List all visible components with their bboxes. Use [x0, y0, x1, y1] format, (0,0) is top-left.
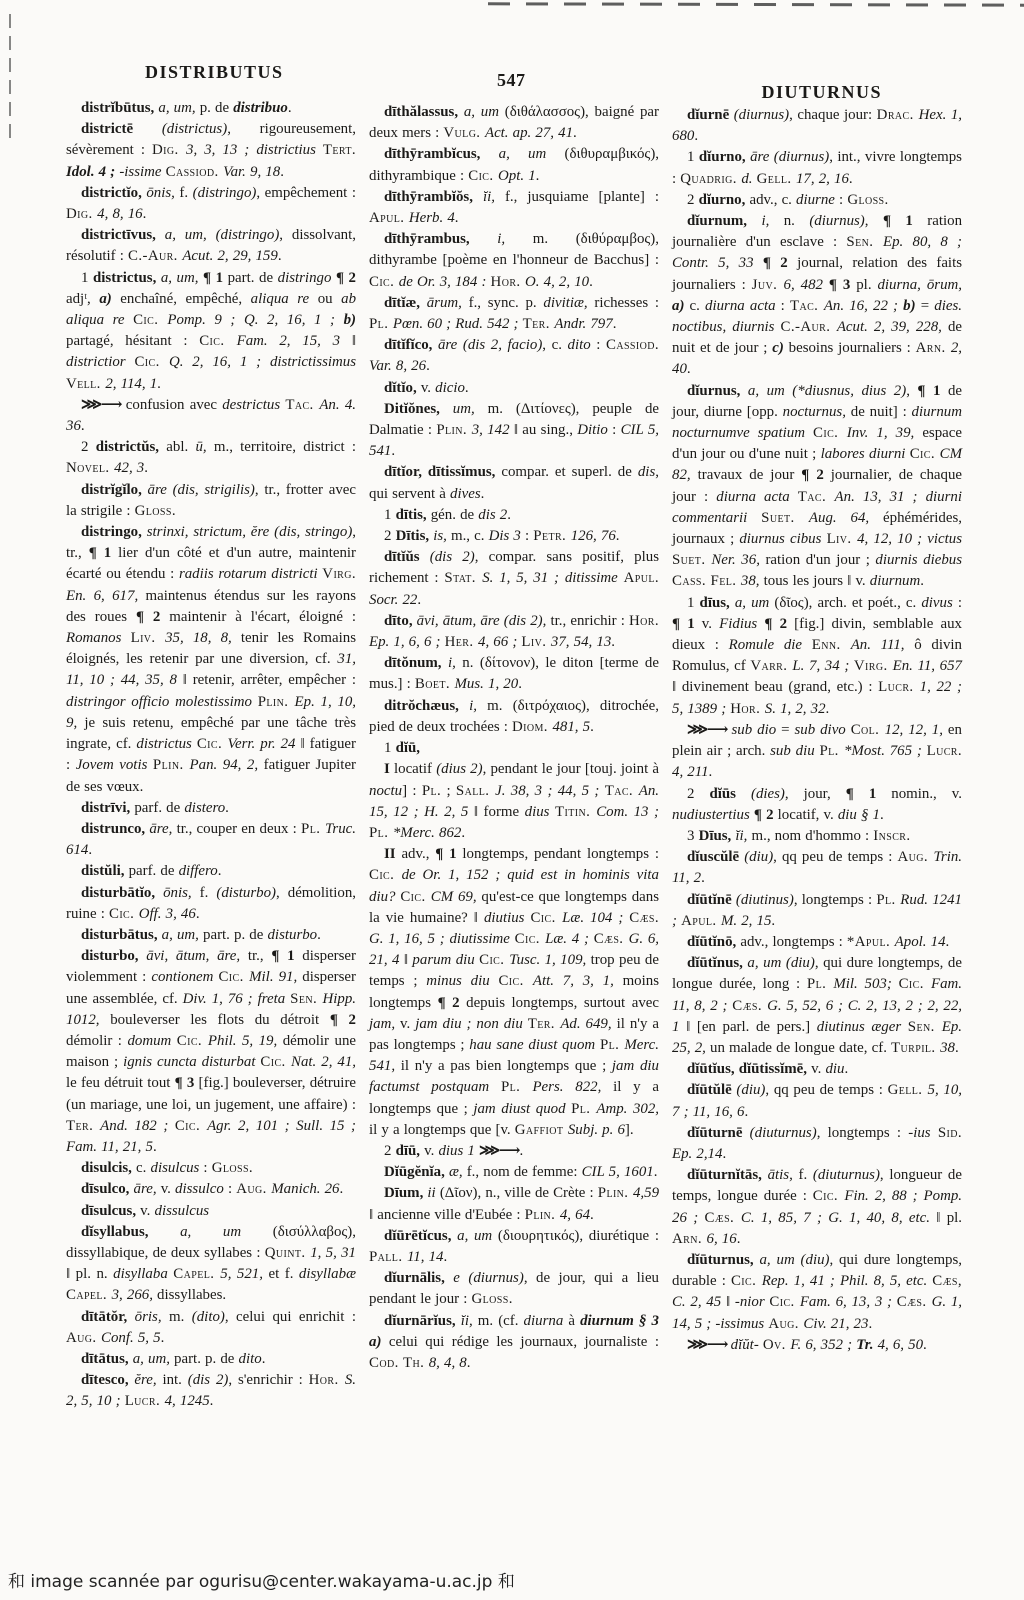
entry-text: -ius — [908, 1125, 938, 1141]
entry-text: diurnum — [870, 573, 920, 589]
entry-text: v. — [811, 1061, 825, 1077]
entry-text: Tusc. 1, 109, — [509, 952, 586, 968]
entry-text: nocturnus, — [783, 404, 846, 420]
entry-text: Ep. 2,14 — [672, 1146, 722, 1162]
entry-text: O. 4, 2, 10 — [525, 274, 589, 290]
entry-text: partagé, hésitant : — [66, 333, 199, 349]
entry-text: Var. 9, 18 — [223, 164, 280, 180]
entry-text: ¶ 1 — [883, 213, 927, 229]
entry-text: ōnis, — [146, 185, 175, 201]
entry-text: dītesco, — [81, 1372, 134, 1388]
entry-text: Cæs. — [594, 931, 629, 947]
entry-text: Cæs, — [932, 1273, 962, 1289]
entry-text: (diutinus) — [736, 892, 794, 908]
dictionary-entry: Dĭūgĕnĭa, æ, f., nom de femme: CIL 5, 16… — [369, 1162, 659, 1183]
entry-text: richesses : — [588, 295, 659, 311]
entry-text: Inv. 1, 39, — [847, 425, 915, 441]
entry-text: Læ. 4 ; — [545, 931, 589, 947]
dictionary-entry: 1 dĭū, — [369, 738, 659, 759]
entry-text: a, um (*diusnus, dius 2) — [748, 383, 906, 399]
entry-text: Ad. 649, — [560, 1016, 611, 1032]
entry-text: . — [157, 376, 161, 392]
dictionary-entry: 1 dĭurno, āre (diurnus), int., vivre lon… — [672, 147, 962, 189]
entry-text: 2 — [384, 528, 396, 544]
entry-text: . — [923, 1337, 927, 1353]
entry-text: Ter. — [528, 1016, 561, 1032]
entry-text: 38, — [741, 573, 760, 589]
entry-text: (diurnus) — [809, 213, 864, 229]
entry-text: Jovem votis — [76, 757, 153, 773]
entry-text: Apul. — [624, 570, 659, 586]
entry-text: Cic. — [199, 333, 236, 349]
entry-text: Pl. — [819, 743, 844, 759]
entry-text: Mus. 1, 20 — [455, 676, 519, 692]
dictionary-entry: I locatif (dius 2), pendant le jour [tou… — [369, 759, 659, 844]
dictionary-entry: ⋙⟶ confusion avec destrictus Tac. An. 4.… — [66, 395, 356, 437]
dictionary-entry: dĭūtĭnō, adv., longtemps : *Apul. Apol. … — [672, 932, 962, 953]
entry-text: Pl. — [369, 316, 393, 332]
entry-text: ‖ — [340, 333, 356, 349]
entry-text: diutissime — [449, 931, 514, 947]
entry-text: 1 — [384, 507, 396, 523]
entry-text: Quadrig. — [680, 171, 741, 187]
entry-text: ¶ 2 — [763, 255, 797, 271]
entry-text: Hor. — [730, 701, 765, 717]
scan-credit-footer: 和 image scannée par ogurisu@center.wakay… — [8, 1567, 515, 1592]
dictionary-column-2: dīthălassus, a, um (διθάλασσος), baigné … — [369, 98, 659, 1413]
entry-text: disturbo, — [81, 948, 146, 964]
dictionary-entry: dĭsyllabus, a, um (δισύλλαβος), dissylla… — [66, 1222, 356, 1307]
dictionary-entry: dīthălassus, a, um (διθάλασσος), baigné … — [369, 102, 659, 144]
entry-text: . — [849, 171, 853, 187]
entry-text: Boet. — [415, 676, 455, 692]
entry-text: An. 16, 22 ; — [824, 298, 898, 314]
entry-text: a, um, — [133, 1351, 170, 1367]
entry-text: d. — [741, 171, 756, 187]
dictionary-entry: dīsulco, āre, v. dissulco : Aug. Manich.… — [66, 1179, 356, 1200]
entry-text: ¶ 1 — [203, 270, 228, 286]
entry-text: Arn. — [916, 340, 951, 356]
entry-text: Cic. — [177, 1033, 208, 1049]
entry-text: c. — [684, 298, 705, 314]
entry-text: districtus, — [93, 270, 161, 286]
dictionary-entry: disturbātus, a, um, part. p. de disturbo… — [66, 925, 356, 946]
entry-text: Amp. 302, — [596, 1101, 659, 1117]
entry-text: diutinus æger — [817, 1019, 908, 1035]
entry-text: . — [467, 1355, 471, 1371]
entry-text: dĭūs — [709, 786, 751, 802]
dictionary-entry: distrīvi, parf. de distero. — [66, 798, 356, 819]
entry-text: ¶ 1 — [672, 616, 702, 632]
dictionary-entry: dĭūtŭlē (diu), qq peu de temps : Gell. 5… — [672, 1080, 962, 1122]
entry-text: n. — [769, 213, 809, 229]
entry-text: distrīvi, — [81, 800, 134, 816]
entry-text: . — [701, 870, 705, 886]
entry-text: Dig. — [66, 206, 97, 222]
entry-text: dĭū, — [396, 740, 420, 756]
entry-text: part. p. de — [199, 927, 268, 943]
entry-text: dito — [568, 337, 591, 353]
entry-text: a, um, — [161, 270, 203, 286]
entry-text: ĕre, — [134, 1372, 156, 1388]
entry-text: 4,59 — [633, 1185, 659, 1201]
entry-text: ration d'un jour ; — [760, 552, 875, 568]
dictionary-entry: districtē (districtus), rigoureusement, … — [66, 119, 356, 183]
entry-text: Gloss. — [472, 1291, 513, 1307]
entry-text: part. de — [228, 270, 278, 286]
entry-text: districtē — [81, 121, 162, 137]
entry-text: f. — [175, 185, 193, 201]
dictionary-entry: disulcis, c. disulcus : Gloss. — [66, 1158, 356, 1179]
dictionary-entry: II adv., ¶ 1 longtemps, pendant longtemp… — [369, 844, 659, 1141]
entry-text: ‖ forme — [468, 804, 524, 820]
entry-text: , qq peu de temps : — [765, 1082, 887, 1098]
entry-text: divitiæ, — [543, 295, 587, 311]
entry-text: dĭuscŭlē — [687, 849, 744, 865]
entry-text: *Most. 765 ; — [844, 743, 922, 759]
dictionary-entry: dīthȳrambĭŏs, ĭi, f., jusquiame [plante]… — [369, 187, 659, 229]
entry-text: contionem — [151, 969, 218, 985]
entry-text: Opt. 1 — [498, 168, 536, 184]
entry-text: 6, 16 — [707, 1231, 737, 1247]
entry-text: : — [591, 337, 606, 353]
entry-text: Cæs. — [897, 1294, 932, 1310]
entry-text: diutius — [484, 910, 531, 926]
entry-text: Apol. 14 — [895, 934, 946, 950]
entry-text: . — [536, 168, 540, 184]
entry-text: ¶ 2 — [330, 1012, 356, 1028]
entry-text: dītis, — [396, 507, 431, 523]
entry-text: diurna acta — [705, 298, 776, 314]
entry-text: dius 1 — [438, 1143, 474, 1159]
entry-text: dĭūtĭnē — [687, 892, 736, 908]
entry-text: f., nom de femme: — [463, 1164, 582, 1180]
entry-text: Varr. — [750, 658, 792, 674]
entry-text: dĭurnus, — [687, 383, 748, 399]
entry-text: parf. de — [134, 800, 184, 816]
entry-text: (disturbo) — [216, 885, 276, 901]
entry-text: Cic. — [197, 736, 228, 752]
entry-text: diu — [825, 1061, 844, 1077]
entry-text: Aug. — [236, 1181, 271, 1197]
entry-text: 4, 8, 16 — [97, 206, 142, 222]
entry-text: dīthȳrambĭcus, — [384, 146, 499, 162]
entry-text: 4, 12, 10 ; — [857, 531, 922, 547]
page-number: 547 — [497, 70, 526, 91]
entry-text: . — [81, 418, 85, 434]
entry-text: dĭurno, — [699, 192, 750, 208]
entry-text: 1 — [81, 270, 93, 286]
entry-text: ‖ — [399, 952, 412, 968]
entry-text: (dis 2) — [188, 1372, 229, 1388]
entry-text: CIL 5, 1601 — [582, 1164, 654, 1180]
dictionary-entry: dĭūturnus, a, um (diu), qui dure longtem… — [672, 1250, 962, 1335]
entry-text: Pan. 94, 2, — [190, 757, 259, 773]
entry-text: (districtus) — [162, 121, 227, 137]
entry-text: Lucr. — [927, 743, 962, 759]
entry-text: . — [520, 1143, 524, 1159]
entry-text: dĭūrētĭcus, — [384, 1228, 457, 1244]
entry-text: ‖ ancienne ville d'Eubée : — [369, 1207, 525, 1223]
entry-text: ‖ — [721, 1294, 735, 1310]
entry-text: And. 182 ; — [100, 1118, 168, 1134]
entry-text: Gloss. — [847, 192, 888, 208]
dictionary-entry: 3 Dīus, ĭi, m., nom d'hommo : Inscr. — [672, 826, 962, 847]
entry-text: distrĭbūtus, — [81, 100, 158, 116]
entry-text: strinxi, strictum, ĕre (dis, stringo) — [147, 524, 353, 540]
entry-text: : — [199, 1160, 211, 1176]
entry-text: minus diu — [426, 973, 498, 989]
entry-text: An. 111, — [851, 637, 905, 653]
entry-text: a, um (diu) — [759, 1252, 829, 1268]
entry-text: Fam. 2, 15, 3 — [237, 333, 340, 349]
entry-text: . — [461, 825, 465, 841]
entry-text: . — [709, 764, 713, 780]
entry-text: Acut. 2, 39, 228, — [837, 319, 942, 335]
entry-text: ōris, — [135, 1309, 162, 1325]
entry-text: distrĭgĭlo, — [81, 482, 148, 498]
entry-text: *Apul. — [847, 934, 895, 950]
entry-text: Her. — [445, 634, 478, 650]
entry-text: int. — [157, 1372, 188, 1388]
entry-text: domum — [127, 1033, 176, 1049]
entry-text: 37, 54, 13 — [551, 634, 611, 650]
entry-text: dītŏnum, — [384, 655, 448, 671]
entry-text: 4, 6, 50 — [878, 1337, 923, 1353]
entry-text: . — [465, 380, 469, 396]
entry-text: Pall. — [369, 1249, 407, 1265]
entry-text: a, um — [457, 1228, 492, 1244]
entry-text: destrictus — [222, 397, 285, 413]
entry-text: dĭŭt- — [731, 1337, 763, 1353]
entry-text: Apul. — [681, 913, 721, 929]
dictionary-entry: dĭuscŭlē (diu), qq peu de temps : Aug. T… — [672, 847, 962, 889]
entry-text: Suet. — [672, 552, 711, 568]
entry-text: il y a longtemps que [v. — [369, 1122, 515, 1138]
entry-text: dītĭŭs — [384, 549, 430, 565]
entry-text: Liv. — [521, 634, 551, 650]
entry-text: 8, 4, 8 — [429, 1355, 467, 1371]
entry-text: 38 — [940, 1040, 955, 1056]
remark-arrow-icon: ⋙⟶ — [687, 722, 731, 738]
entry-text: dives — [450, 486, 481, 502]
entry-text: confusion avec — [126, 397, 222, 413]
entry-text: b) — [903, 298, 915, 314]
entry-text: Com. 13 ; — [596, 804, 659, 820]
entry-text: ¶ 2 — [438, 995, 467, 1011]
entry-text: m., territoire, district : — [207, 439, 356, 455]
entry-text: . — [722, 1146, 726, 1162]
entry-text: ii — [427, 1185, 435, 1201]
entry-text: ĭi, — [461, 1313, 473, 1329]
entry-text: ¶ 1 — [89, 545, 118, 561]
entry-text: Pl. — [422, 783, 441, 799]
entry-text: dītĭæ, — [384, 295, 427, 311]
entry-text: Arn. — [672, 1231, 707, 1247]
entry-text: , c. — [542, 337, 567, 353]
dictionary-entry: distrunco, āre, tr., couper en deux : Pl… — [66, 819, 356, 861]
entry-text: Conf. 5, 5 — [101, 1330, 161, 1346]
entry-text: Pl. — [501, 1079, 533, 1095]
entry-text: diurna — [524, 1313, 564, 1329]
entry-text: depuis longtemps, surtout avec — [466, 995, 659, 1011]
entry-text: . — [144, 460, 148, 476]
entry-text: a, um (diu) — [747, 955, 814, 971]
entry-text: Pl. — [600, 1037, 624, 1053]
entry-text: = — [916, 298, 935, 314]
entry-text: bouleverser les flots du détroit — [100, 1012, 330, 1028]
dictionary-entry: dĭūtĭnē (diutinus), longtemps : Pl. Rud.… — [672, 890, 962, 932]
entry-text: Cic. — [175, 1118, 207, 1134]
entry-text: Cic. — [769, 1294, 799, 1310]
entry-text: démolir : — [66, 1033, 127, 1049]
entry-text: , s'enrichir : — [228, 1372, 308, 1388]
entry-text: Cic. — [813, 1188, 845, 1204]
entry-text: Cic. — [133, 312, 167, 328]
entry-text: , empêchement : — [256, 185, 356, 201]
entry-text: dĭūturnus, — [687, 1252, 759, 1268]
dictionary-entry: dĭurnārĭus, ĭi, m. (cf. diurna à diurnum… — [369, 1311, 659, 1375]
entry-text: freta — [258, 991, 291, 1007]
entry-text: ārum, — [427, 295, 462, 311]
dictionary-entry: 2 dĭūs (dies), jour, ¶ 1 nomin., v. nudi… — [672, 784, 962, 826]
entry-text: M. 2, 15 — [721, 913, 771, 929]
entry-text: Cic. — [731, 1273, 762, 1289]
entry-text: Gell. — [757, 171, 796, 187]
entry-text: 3, 3, 13 ; — [186, 142, 249, 158]
entry-text: Inscr. — [873, 828, 910, 844]
entry-text: part. p. de — [170, 1351, 239, 1367]
entry-text: nudiustertius — [672, 807, 754, 823]
entry-text: Titin. — [555, 804, 596, 820]
entry-text: m., c. — [447, 528, 489, 544]
entry-text: adjᵗ, — [66, 291, 99, 307]
entry-text: . — [920, 573, 924, 589]
entry-text: disturbo — [267, 927, 317, 943]
entry-text: *Merc. 862 — [393, 825, 462, 841]
entry-text: p. de — [200, 100, 233, 116]
entry-text: ¶ 1 — [435, 846, 462, 862]
entry-text: disyllabæ — [299, 1266, 356, 1282]
entry-text: Cic. — [910, 446, 940, 462]
entry-text: (dies) — [751, 786, 785, 802]
entry-text: (διουρητικός), diurétique : — [492, 1228, 659, 1244]
dictionary-entry: dĭūtĭnus, a, um (diu), qui dure longtemp… — [672, 953, 962, 1059]
entry-text: i, — [469, 698, 477, 714]
entry-text: v. — [157, 1181, 175, 1197]
entry-text: distero — [184, 800, 225, 816]
entry-text: (diurnus) — [734, 107, 789, 123]
entry-text: disulcus — [151, 1160, 200, 1176]
page-header: DISTRIBUTUS 547 DIUTURNUS — [0, 0, 1024, 100]
entry-text: diurnis diebus — [875, 552, 962, 568]
entry-text: 4, 66 ; — [478, 634, 517, 650]
entry-text: v. — [421, 380, 435, 396]
entry-text: distringo, — [81, 524, 147, 540]
entry-text: dīthȳrambus, — [384, 231, 497, 247]
entry-text: et f. — [263, 1266, 299, 1282]
entry-text: diurnus cibus — [739, 531, 826, 547]
entry-text: Ter. — [66, 1118, 100, 1134]
entry-text: , qq peu de temps : — [773, 849, 897, 865]
entry-text: II — [384, 846, 401, 862]
entry-text: Aug. — [768, 1316, 803, 1332]
entry-text: Dig. — [152, 142, 186, 158]
entry-text: āre (dis 2, facio) — [438, 337, 542, 353]
entry-text: adv., longtemps : — [740, 934, 847, 950]
entry-text: ¶ 2 — [801, 467, 830, 483]
entry-text: Cic. — [479, 952, 509, 968]
entry-text: Tac. — [605, 783, 639, 799]
entry-text: ] : — [402, 783, 422, 799]
entry-text: . — [210, 1393, 214, 1409]
entry-text: . — [654, 1164, 658, 1180]
entry-text: . — [518, 676, 522, 692]
entry-text: abl. — [166, 439, 195, 455]
entry-text: S. 1, 2, 32 — [765, 701, 826, 717]
entry-text: Ter. — [523, 316, 555, 332]
entry-text: Dīum, — [384, 1185, 427, 1201]
entry-text: a, um — [735, 595, 769, 611]
entry-text: distŭli, — [81, 863, 129, 879]
entry-text: districtior — [66, 354, 134, 370]
entry-text: S. 1, 5, 31 ; — [482, 570, 559, 586]
entry-text: Enn. — [812, 637, 851, 653]
entry-text: -issime — [119, 164, 165, 180]
entry-text: tous les jours ‖ v. — [760, 573, 870, 589]
entry-text: Pl. — [876, 892, 900, 908]
entry-text: Dīus, — [699, 828, 736, 844]
entry-text: Dis 3 — [489, 528, 521, 544]
entry-text: L. 7, 34 ; — [792, 658, 849, 674]
entry-text: . — [590, 719, 594, 735]
entry-text: dĭtĭo, — [384, 380, 421, 396]
dictionary-column-1: distrĭbūtus, a, um, p. de distribuo.dist… — [66, 98, 356, 1413]
entry-text: Tac. — [790, 298, 824, 314]
entry-text: āre (dis, strigilis) — [148, 482, 255, 498]
entry-text: Dĭūgĕnĭa, — [384, 1164, 449, 1180]
entry-text: . — [426, 358, 430, 374]
entry-text: a) — [672, 298, 684, 314]
entry-text: : — [608, 422, 621, 438]
entry-text: , pendant le jour [touj. joint à — [483, 761, 659, 777]
entry-text: . — [481, 486, 485, 502]
entry-text: Pl. — [571, 1101, 596, 1117]
entry-text: a, um, — [158, 100, 199, 116]
entry-text: v. — [395, 1016, 415, 1032]
entry-text: sub diu — [770, 743, 819, 759]
entry-text: 2 — [81, 439, 96, 455]
entry-text: Cic. — [369, 274, 399, 290]
entry-text: Liv. — [131, 630, 166, 646]
entry-text: dis — [638, 464, 655, 480]
entry-text: 17, 2, 16 — [796, 171, 849, 187]
entry-text: diu § 1 — [838, 807, 880, 823]
entry-text: Virg. — [322, 566, 356, 582]
entry-text: Pl. — [369, 825, 393, 841]
entry-text: Cic. — [218, 969, 249, 985]
entry-text: locatif — [394, 761, 436, 777]
entry-text: ū, — [195, 439, 206, 455]
entry-text: Romanos — [66, 630, 131, 646]
entry-text: 2 — [687, 192, 699, 208]
entry-text: . — [946, 934, 950, 950]
entry-text: . — [955, 1040, 959, 1056]
entry-text: Cic. — [468, 168, 498, 184]
entry-text: . — [771, 913, 775, 929]
entry-text: Pl. — [807, 976, 833, 992]
dictionary-entry: dīto, āvi, ātum, āre (dis 2), tr., enric… — [369, 611, 659, 653]
